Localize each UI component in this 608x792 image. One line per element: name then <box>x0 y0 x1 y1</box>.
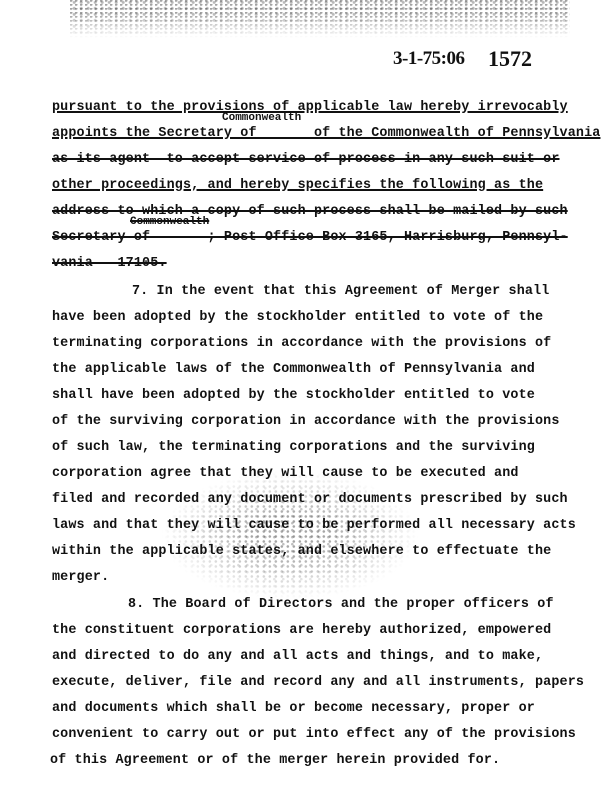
paragraph-line: execute, deliver, file and record any an… <box>52 675 584 691</box>
struck-line: pursuant to the provisions of applicable… <box>52 100 568 116</box>
paragraph-line: of such law, the terminating corporation… <box>52 440 535 456</box>
paragraph-line: merger. <box>52 570 109 586</box>
paragraph-line: shall have been adopted by the stockhold… <box>52 388 535 404</box>
paragraph-line: convenient to carry out or put into effe… <box>52 727 576 743</box>
paragraph-line: and documents which shall be or become n… <box>52 701 535 717</box>
paragraph-line: have been adopted by the stockholder ent… <box>52 310 543 326</box>
paragraph-line: laws and that they will cause to be perf… <box>52 518 576 534</box>
paragraph-line: of the surviving corporation in accordan… <box>52 414 560 430</box>
struck-line: other proceedings, and hereby specifies … <box>52 178 543 194</box>
scan-noise <box>160 470 420 600</box>
paragraph-line: 7. In the event that this Agreement of M… <box>132 284 549 300</box>
page-number: 1572 <box>488 46 532 72</box>
paragraph-line: the constituent corporations are hereby … <box>52 623 551 639</box>
paragraph-line: 8. The Board of Directors and the proper… <box>128 597 554 613</box>
struck-line: Secretary of ; Post Office Box 3165, Har… <box>52 230 568 246</box>
scan-noise <box>70 0 570 38</box>
paragraph-line: the applicable laws of the Commonwealth … <box>52 362 535 378</box>
paragraph-line: filed and recorded any document or docum… <box>52 492 568 508</box>
paragraph-line: and directed to do any and all acts and … <box>52 649 543 665</box>
struck-line: appoints the Secretary of of the Commonw… <box>52 126 600 142</box>
paragraph-line: within the applicable states, and elsewh… <box>52 544 551 560</box>
paragraph-line: terminating corporations in accordance w… <box>52 336 551 352</box>
paragraph-line: corporation agree that they will cause t… <box>52 466 519 482</box>
date-stamp: 3-1-75:06 <box>393 48 464 70</box>
paragraph-line: of this Agreement or of the merger herei… <box>50 753 500 769</box>
struck-line: as its agent to accept service of proces… <box>52 152 560 168</box>
struck-line: address to which a copy of such process … <box>52 204 568 220</box>
struck-line: vania 17105. <box>52 256 167 272</box>
